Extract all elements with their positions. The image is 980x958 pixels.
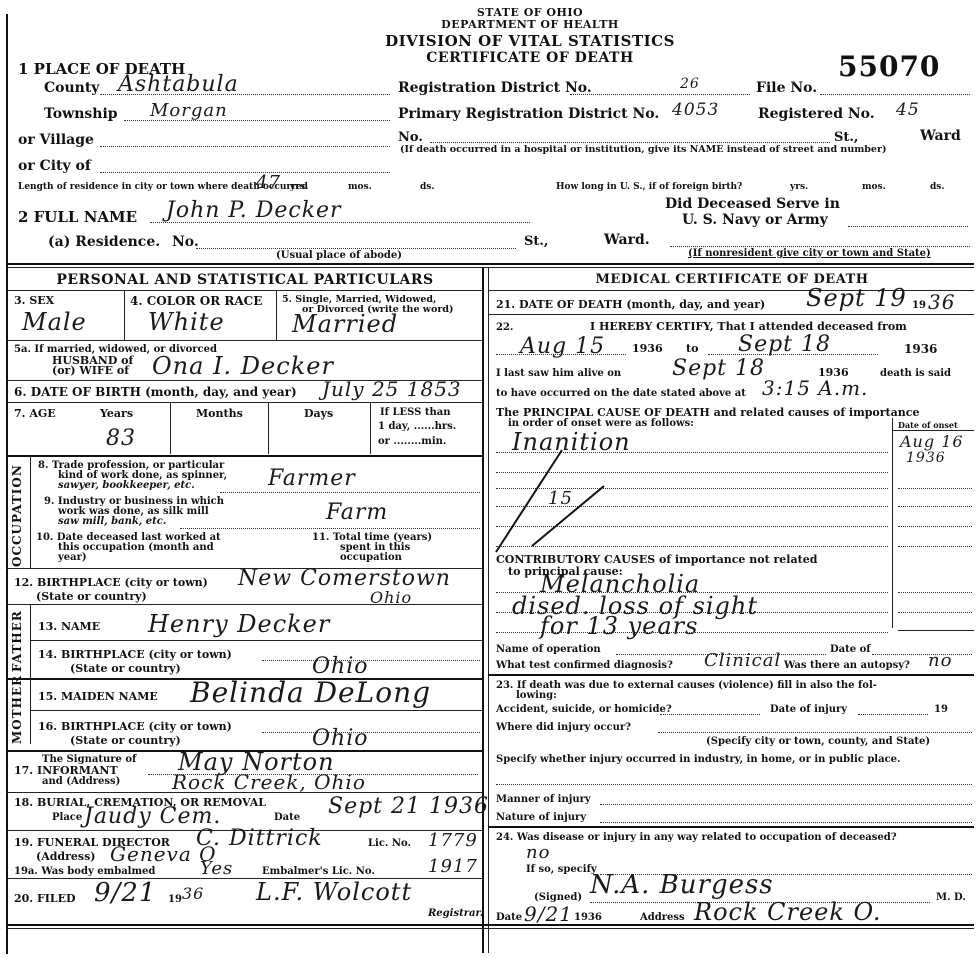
foreign-birth-label: How long in U. S., if of foreign birth? [556, 182, 742, 192]
full-name-value: John P. Decker [166, 198, 342, 223]
personal-section-title: PERSONAL AND STATISTICAL PARTICULARS [10, 272, 480, 288]
months-label: Months [196, 407, 243, 420]
cert-address-value: Rock Creek O. [694, 898, 881, 926]
date-of-death-value: Sept 19 [806, 284, 907, 312]
residence-label: (a) Residence. [48, 234, 160, 250]
contributory-cause-3: for 13 years [540, 612, 698, 640]
county-label: County [44, 80, 99, 96]
cert-date-label: Date [496, 912, 522, 923]
hospital-note: (If death occurred in a hospital or inst… [400, 144, 886, 155]
registration-district-value: 26 [680, 76, 700, 92]
occupation-vertical-label: OCCUPATION [10, 462, 24, 567]
funeral-lic-value: 1779 [428, 830, 478, 851]
injury-location-label: Where did injury occur? [496, 722, 631, 733]
physician-signature: N.A. Burgess [590, 870, 774, 900]
birthplace-value: New Comerstown [238, 566, 451, 591]
date-of-death-label: 21. DATE OF DEATH (month, day, and year) [496, 298, 765, 311]
md-label: M. D. [936, 892, 966, 903]
specify-place-note: (Specify city or town, county, and State… [706, 736, 930, 747]
ward-label: Ward [920, 128, 961, 144]
navy-label-2: U. S. Navy or Army [682, 212, 828, 228]
marital-value: Married [292, 310, 398, 338]
sex-label: 3. SEX [14, 294, 54, 307]
occurred-label: to have occurred on the date stated abov… [496, 388, 746, 399]
external-causes-label-2: lowing: [516, 690, 557, 701]
total-time-label-3: occupation [340, 552, 402, 563]
age-years-value: 83 [106, 426, 136, 451]
onset-header: Date of onset [898, 420, 958, 430]
father-name-value: Henry Decker [148, 610, 330, 638]
less-than-label-3: or ........min. [378, 436, 446, 447]
last-worked-label-3: year) [58, 552, 87, 563]
cert-date-year: 1936 [574, 912, 602, 923]
embalmed-label: 19a. Was body embalmed [14, 866, 155, 877]
last-saw-value: Sept 18 [672, 356, 765, 381]
age-label: 7. AGE [14, 407, 56, 420]
no-label: No. [398, 130, 423, 145]
full-name-label: 2 FULL NAME [18, 208, 137, 226]
registration-district-label: Registration District No. [398, 80, 592, 96]
township-label: Township [44, 106, 118, 122]
autopsy-value: no [928, 650, 952, 671]
filed-year: 36 [182, 884, 204, 903]
embalmed-value: Yes [200, 858, 233, 879]
last-saw-label: I last saw him alive on [496, 368, 621, 379]
burial-date-value: Sept 21 1936 [328, 794, 489, 819]
manner-label: Manner of injury [496, 794, 591, 805]
residence-ward-label: Ward. [604, 232, 650, 248]
if-so-specify-label: If so, specify [526, 864, 597, 875]
registered-no-value: 45 [896, 100, 920, 120]
left-border [6, 14, 8, 954]
embalmer-lic-value: 1917 [428, 856, 478, 877]
father-name-label: 13. NAME [38, 620, 100, 633]
residence-st-label: St., [524, 234, 548, 249]
sex-value: Male [22, 308, 87, 336]
pen-stroke-icon [492, 440, 612, 560]
mother-name-label: 15. MAIDEN NAME [38, 690, 158, 703]
less-than-label-2: 1 day, ......hrs. [378, 421, 456, 432]
accident-label: Accident, suicide, or homicide? [496, 704, 672, 715]
onset-value-1: Aug 16 [900, 432, 964, 451]
nature-label: Nature of injury [496, 812, 586, 823]
cert-address-label: Address [640, 912, 685, 923]
informant-label-3: and (Address) [42, 776, 120, 787]
occupation-related-label: 24. Was disease or injury in any way rel… [496, 832, 897, 843]
nonresident-note: (If nonresident give city or town and St… [688, 248, 931, 259]
trade-label-3: sawyer, bookkeeper, etc. [58, 480, 195, 491]
test-diagnosis-value: Clinical [704, 650, 781, 671]
father-vertical-label: FATHER [10, 612, 24, 672]
industry-label-3: saw mill, bank, etc. [58, 516, 166, 527]
attended-to-year: 1936 [904, 342, 937, 356]
file-number-stamp: 55070 [838, 50, 940, 83]
days-label: Days [304, 407, 333, 420]
mother-birthplace-label: 16. BIRTHPLACE (city or town) [38, 720, 232, 733]
industry-value: Farm [326, 500, 388, 525]
certificate-title: CERTIFICATE OF DEATH [380, 50, 680, 66]
usual-place-note: (Usual place of abode) [276, 250, 402, 261]
filed-label: 20. FILED [14, 892, 76, 905]
primary-registration-value: 4053 [672, 100, 719, 120]
race-value: White [148, 308, 225, 336]
less-than-label-1: If LESS than [380, 407, 450, 418]
operation-label: Name of operation [496, 644, 601, 655]
birthplace-label: 12. BIRTHPLACE (city or town) [14, 576, 208, 589]
father-birthplace-label: 14. BIRTHPLACE (city or town) [38, 648, 232, 661]
registered-no-label: Registered No. [758, 106, 875, 122]
dob-value: July 25 1853 [322, 377, 462, 401]
funeral-lic-label: Lic. No. [368, 838, 411, 849]
residence-no-label: No. [172, 234, 199, 250]
spouse-label-3: (or) WIFE of [52, 364, 129, 377]
burial-place-label: Place [52, 812, 82, 823]
county-value: Ashtabula [118, 72, 239, 97]
occupation-related-value: no [526, 842, 550, 863]
informant-address: Rock Creek, Ohio [172, 770, 366, 794]
injury-date-label: Date of injury [770, 704, 847, 715]
time-of-death-value: 3:15 A.m. [762, 376, 868, 400]
race-label: 4. COLOR OR RACE [130, 294, 262, 308]
mother-state-label: (State or country) [70, 734, 181, 747]
column-divider [482, 267, 484, 953]
attended-from-value: Aug 15 [520, 334, 605, 359]
cert-date-value: 9/21 [524, 902, 573, 926]
division-header: DIVISION OF VITAL STATISTICS [340, 32, 720, 50]
birthplace-state-label: (State or country) [36, 590, 147, 603]
test-diagnosis-label: What test confirmed diagnosis? [496, 660, 673, 671]
operation-date-label: Date of [830, 644, 871, 655]
file-no-label: File No. [756, 80, 817, 96]
residence-length-value: 47 [256, 172, 281, 193]
township-value: Morgan [150, 100, 228, 121]
city-label: or City of [18, 158, 91, 174]
date-of-death-year: 36 [928, 290, 955, 314]
department-header: DEPARTMENT OF HEALTH [380, 18, 680, 31]
filed-value: 9/21 [94, 878, 156, 908]
attended-to-value: Sept 18 [738, 332, 831, 357]
onset-value-2: 1936 [906, 450, 946, 466]
embalmer-lic-label: Embalmer's Lic. No. [262, 866, 375, 877]
village-label: or Village [18, 132, 94, 148]
mother-vertical-label: MOTHER [10, 682, 24, 744]
dob-label: 6. DATE OF BIRTH (month, day, and year) [14, 385, 297, 399]
mother-name-value: Belinda DeLong [190, 676, 431, 709]
years-label: Years [100, 407, 133, 420]
trade-value: Farmer [268, 466, 356, 491]
autopsy-label: Was there an autopsy? [784, 660, 910, 671]
industry-note: Specify whether injury occurred in indus… [496, 754, 901, 765]
attended-from-year: 1936 [632, 342, 663, 355]
st-label: St., [834, 130, 858, 145]
father-state-label: (State or country) [70, 662, 181, 675]
registrar-label: Registrar. [428, 908, 483, 919]
funeral-address-label: (Address) [36, 850, 96, 863]
registrar-signature: L.F. Wolcott [256, 878, 412, 906]
navy-label-1: Did Deceased Serve in [665, 196, 840, 212]
burial-date-label: Date [274, 812, 300, 823]
primary-registration-label: Primary Registration District No. [398, 106, 659, 122]
spouse-value: Ona I. Decker [152, 352, 334, 380]
